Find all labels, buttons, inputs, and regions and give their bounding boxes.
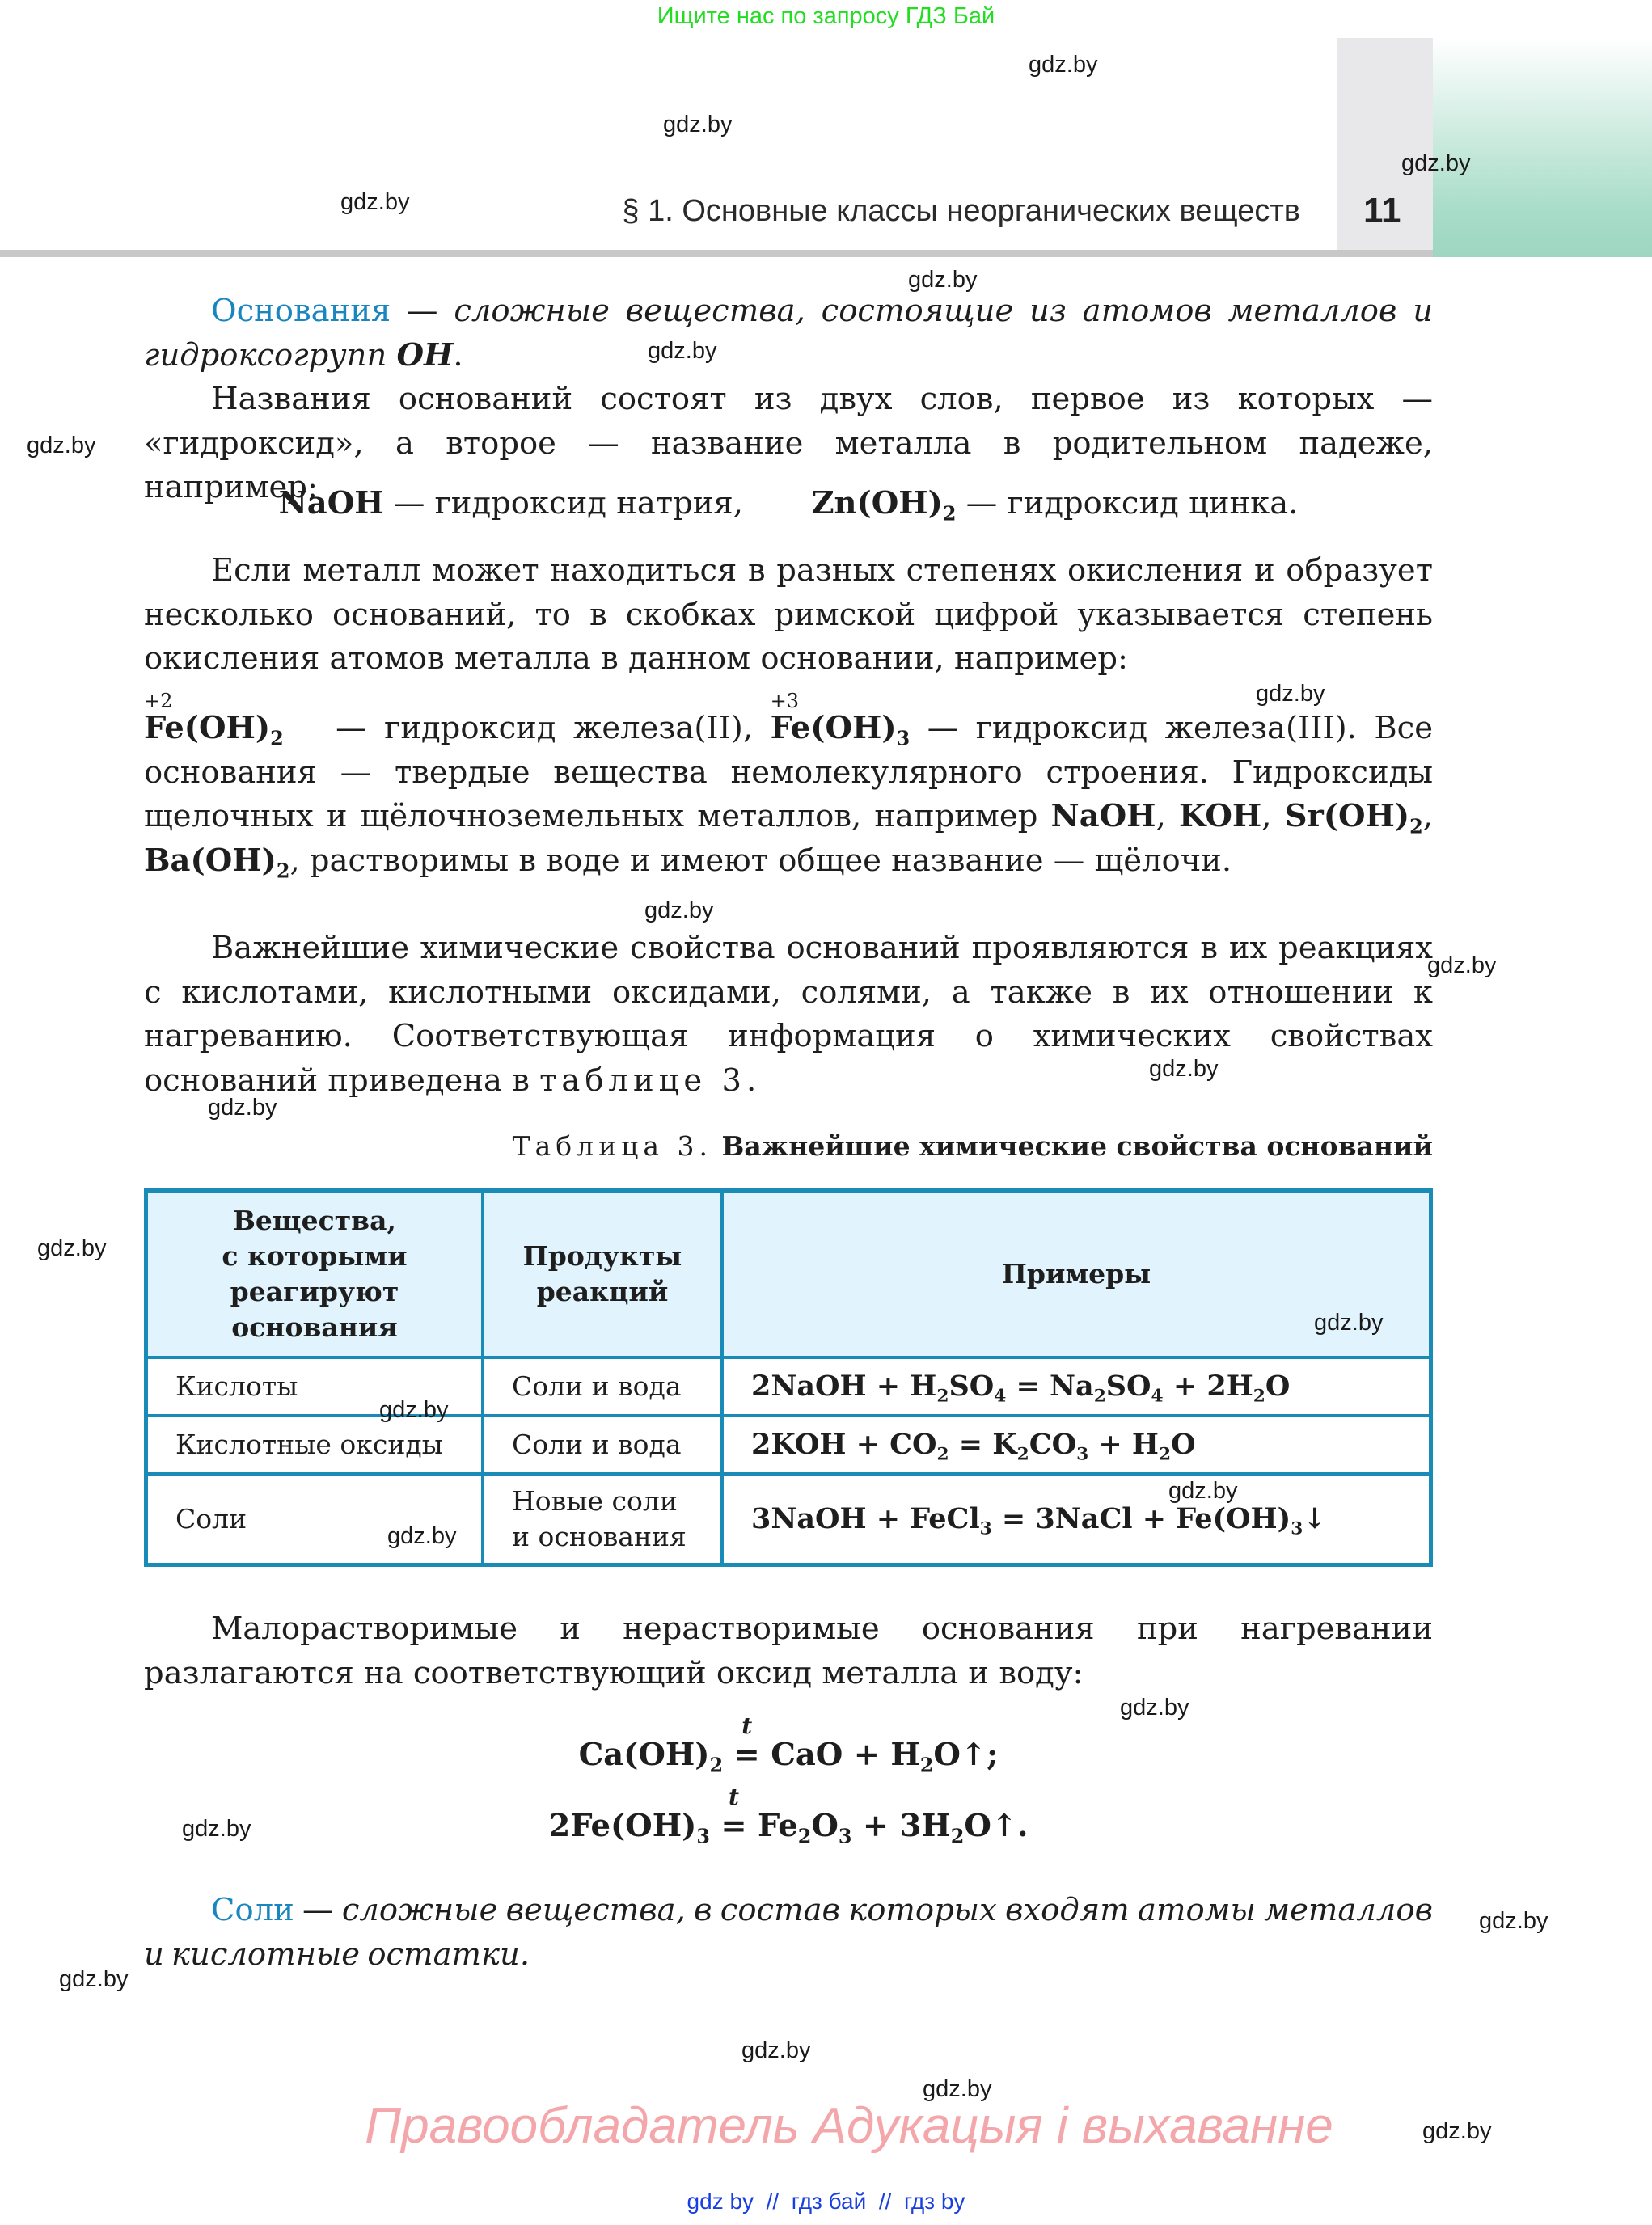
cell-products: Новые солии основания — [483, 1474, 722, 1565]
bottom-links: gdz by // гдз бай // гдз by — [0, 2189, 1652, 2214]
formula-koh: KOH — [1179, 798, 1261, 834]
table-caption: Таблица 3. Важнейшие химические свойства… — [513, 1130, 1433, 1162]
cell-reactant: Соли — [146, 1474, 484, 1565]
term-bases: Основания — [211, 293, 391, 329]
naming-examples: NaOH — гидроксид натрия, Zn(OH)2 — гидро… — [144, 485, 1433, 521]
formula-zn-oh-2: Zn(OH)2 — [811, 485, 956, 521]
page-number: 11 — [1363, 191, 1401, 231]
watermark: gdz.by — [1401, 150, 1470, 177]
separator: // — [767, 2189, 780, 2214]
watermark: gdz.by — [37, 1235, 106, 1262]
watermark: gdz.by — [27, 433, 95, 459]
formula-naoh: NaOH — [279, 485, 384, 521]
salts-definition: Соли — сложные вещества, в состав которы… — [144, 1889, 1433, 1977]
table-row: Соли Новые солии основания 3NaOH + FeCl3… — [146, 1474, 1431, 1565]
section-title: § 1. Основные классы неорганических веще… — [622, 194, 1300, 229]
zn-oh-2-name: — гидроксид цинка. — [957, 485, 1299, 521]
watermark: gdz.by — [741, 2037, 810, 2064]
watermark: gdz.by — [182, 1816, 251, 1843]
formula-sr-oh-2: Sr(OH)2 — [1285, 798, 1423, 834]
cell-example: 2KOH + CO2 = K2CO3 + H2O — [722, 1416, 1431, 1474]
dash: — — [391, 293, 454, 329]
watermark: gdz.by — [908, 267, 977, 293]
watermark: gdz.by — [644, 897, 713, 924]
cell-products: Соли и вода — [483, 1416, 722, 1474]
hydroxo-group: OH — [396, 337, 453, 374]
watermark: gdz.by — [379, 1397, 448, 1424]
naoh-name: — гидроксид натрия, — [384, 485, 743, 521]
formula-fe-oh-3: +3Fe(OH)3 — [771, 707, 911, 751]
table-row: Кислоты Соли и вода 2NaOH + H2SO4 = Na2S… — [146, 1357, 1431, 1416]
oxidation-examples-and-alkalis: +2Fe(OH)2 — гидроксид железа(II), +3Fe(O… — [144, 707, 1433, 883]
oxidation-state: +3 — [771, 679, 799, 724]
watermark: gdz.by — [340, 189, 409, 216]
table-reference: таблице 3 — [539, 1062, 746, 1099]
equation-ca-oh-2: Ca(OH)2 =t CaO + H2O↑; — [144, 1737, 1433, 1773]
period: . — [453, 337, 463, 374]
watermark: gdz.by — [1427, 952, 1496, 979]
watermark: gdz.by — [1314, 1310, 1383, 1336]
watermark: gdz.by — [59, 1966, 128, 1993]
link-gdz-by[interactable]: gdz by — [687, 2189, 754, 2214]
cell-example: 2NaOH + H2SO4 = Na2SO4 + 2H2O — [722, 1357, 1431, 1416]
watermark: gdz.by — [1168, 1478, 1237, 1505]
header-reactants: Вещества,с которымиреагируют основания — [146, 1191, 484, 1358]
header-accent-gradient — [1433, 38, 1652, 257]
bases-definition: Основания — сложные вещества, состоящие … — [144, 289, 1433, 378]
equation-fe-oh-3: 2Fe(OH)3 =t Fe2O3 + 3H2O↑. — [144, 1808, 1433, 1844]
formula-ba-oh-2: Ba(OH)2 — [144, 842, 289, 879]
formula-fe-oh-2: +2Fe(OH)2 — [144, 707, 284, 751]
chem-properties-paragraph: Важнейшие химические свойства оснований … — [144, 927, 1433, 1103]
cell-example: 3NaOH + FeCl3 = 3NaCl + Fe(OH)3↓ — [722, 1474, 1431, 1565]
watermark: gdz.by — [648, 338, 716, 365]
watermark: gdz.by — [387, 1523, 456, 1550]
watermark: gdz.by — [1120, 1695, 1189, 1721]
copyright-notice: Правообладатель Адукацыя і выхаванне — [0, 2097, 1652, 2155]
oxidation-state: +2 — [144, 679, 172, 724]
separator: // — [879, 2189, 892, 2214]
watermark: gdz.by — [663, 112, 732, 138]
fe-oh-2-name: — гидроксид железа(II), — [319, 710, 753, 746]
bases-properties-table: Вещества,с которымиреагируют основания П… — [144, 1188, 1433, 1567]
cell-reactant: Кислотные оксиды — [146, 1416, 484, 1474]
watermark: gdz.by — [1149, 1056, 1218, 1083]
link-gdz-bai[interactable]: гдз бай — [792, 2189, 867, 2214]
watermark: gdz.by — [1256, 681, 1325, 707]
watermark: gdz.by — [1479, 1908, 1548, 1935]
term-salts: Соли — [211, 1892, 294, 1928]
top-banner: Ищите нас по запросу ГДЗ Бай — [0, 3, 1652, 30]
fe-oh-3-name: — гидроксид железа(III). — [910, 710, 1357, 746]
link-gdz-by-cyr[interactable]: гдз by — [904, 2189, 965, 2214]
alkali-end: , растворимы в воде и имеют общее назван… — [289, 842, 1232, 879]
watermark: gdz.by — [1029, 52, 1097, 78]
header-rule — [0, 250, 1433, 257]
header-products: Продуктыреакций — [483, 1191, 722, 1358]
cell-products: Соли и вода — [483, 1357, 722, 1416]
table-header-row: Вещества,с которымиреагируют основания П… — [146, 1191, 1431, 1358]
decomposition-paragraph: Малорастворимые и нерастворимые основани… — [144, 1607, 1433, 1695]
oxidation-paragraph: Если металл может находиться в разных ст… — [144, 549, 1433, 682]
formula-naoh: NaOH — [1051, 798, 1156, 834]
table-row: Кислотные оксиды Соли и вода 2KOH + CO2 … — [146, 1416, 1431, 1474]
watermark: gdz.by — [208, 1095, 277, 1121]
